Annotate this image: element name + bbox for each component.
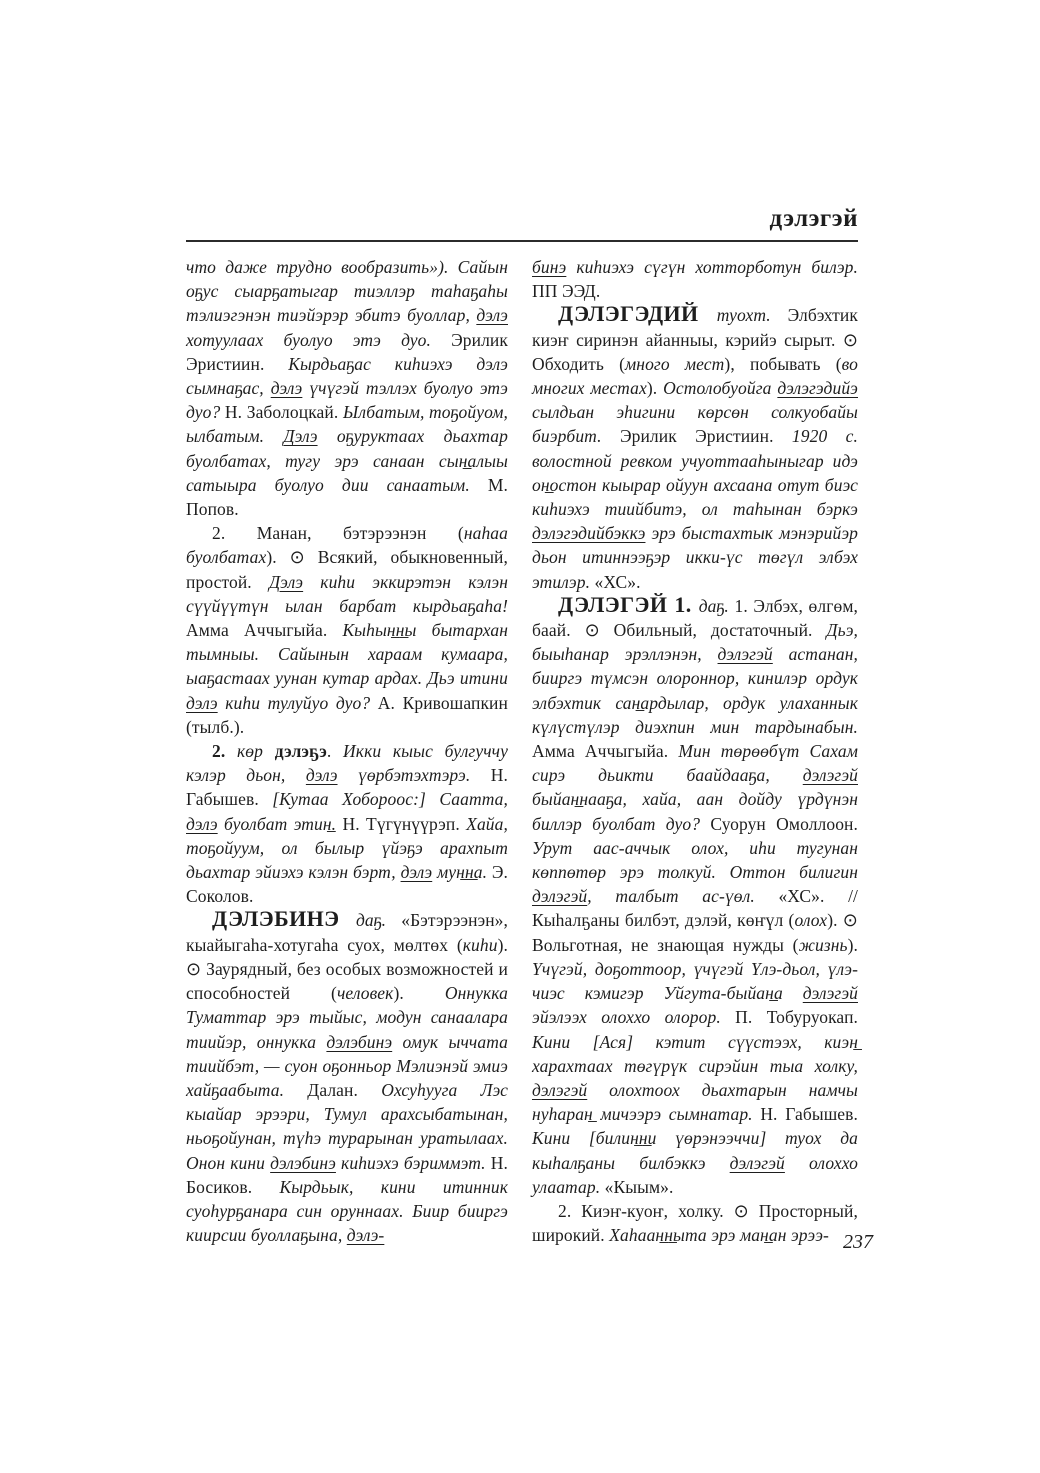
text-run: Суорун Омоллоон. bbox=[710, 814, 858, 834]
text-run: киһиэхэ бэриммэт. bbox=[336, 1153, 491, 1173]
underlined-term: дэлэгэй bbox=[532, 886, 587, 906]
text-run: Амма Аччыгыйа. bbox=[186, 620, 342, 640]
sense-marker-icon: ⊙ bbox=[843, 910, 858, 930]
underlined-term: дэлэгэй bbox=[718, 644, 773, 664]
text-run: киһи bbox=[463, 935, 498, 955]
sense-2: 2. Манан, бэтэрээнэн (наһаа буолбатах). … bbox=[186, 521, 508, 739]
text-run: көр bbox=[237, 741, 275, 761]
text-run: буолбат этин̲. bbox=[218, 814, 343, 834]
underlined-term: дэлэ bbox=[186, 814, 218, 834]
text-run: үөрбэтэхтэрэ. bbox=[338, 765, 491, 785]
underlined-term: Дэлэ bbox=[269, 572, 303, 592]
underlined-term: дэлэбинэ bbox=[270, 1153, 336, 1173]
sense-marker-icon: ⊙ bbox=[186, 959, 201, 979]
text-run: «ХС». bbox=[595, 572, 641, 592]
text-run: даҕ. bbox=[356, 910, 401, 930]
text-run: хотуулаах буолуо этэ дуо. bbox=[186, 330, 451, 350]
underlined-term: дэлэ bbox=[271, 378, 303, 398]
underlined-term: дэлэ bbox=[186, 693, 218, 713]
text-run: Вольготная, не знающая нужды ( bbox=[532, 935, 799, 955]
text-run: что даже трудно вообразить»). Сайын оҕус… bbox=[186, 257, 508, 325]
underlined-term: дэлэ bbox=[476, 305, 508, 325]
column-right: бинэ киһиэхэ сүгүн хотторботун билэр. ПП… bbox=[532, 255, 858, 1247]
text-run: человек bbox=[337, 983, 394, 1003]
text-run: ), побывать ( bbox=[724, 354, 841, 374]
text-run: ПП ЭЭД. bbox=[532, 281, 600, 301]
underlined-term: дэлэгэдийбэккэ bbox=[532, 523, 645, 543]
text-run: ). bbox=[266, 547, 289, 567]
text-run: Урут аас-аччык олох, иһи тугунан көппөтө… bbox=[532, 838, 858, 882]
headword: ДЭЛЭГЭДИЙ bbox=[558, 301, 717, 326]
text-run: 2. Манан, бэтэрээнэн ( bbox=[212, 523, 464, 543]
headword: ДЭЛЭГЭЙ 1. bbox=[558, 592, 699, 617]
underlined-term: Дэлэ bbox=[283, 426, 317, 446]
text-run: ). bbox=[647, 378, 663, 398]
text-run: Н. Түгүнүүрэп. bbox=[343, 814, 467, 834]
entry-dele-2: 2. көр дэлэҕэ. Икки кыыс булгуччу кэлэр … bbox=[186, 739, 508, 908]
text-run: ). bbox=[848, 935, 858, 955]
dictionary-page: дэлэгэй что даже трудно вообразить»). Са… bbox=[0, 0, 1040, 1473]
entry-delegedij: ДЭЛЭГЭДИЙ туохт. Элбэхтик киэҥ сиринэн а… bbox=[532, 303, 858, 593]
two-column-layout: что даже трудно вообразить»). Сайын оҕус… bbox=[186, 255, 858, 1247]
text-run: киһи тулуйуо дуо? bbox=[218, 693, 378, 713]
underlined-term: дэлэгэдийэ bbox=[777, 378, 858, 398]
text-run: даҕ. bbox=[699, 596, 735, 616]
text-block: дэлэгэй что даже трудно вообразить»). Са… bbox=[186, 206, 858, 1247]
text-run: киһиэхэ сүгүн хотторботун билэр. bbox=[566, 257, 858, 277]
entry-dele-continuation: что даже трудно вообразить»). Сайын оҕус… bbox=[186, 255, 508, 521]
headword: ДЭЛЭБИНЭ bbox=[212, 906, 356, 931]
text-run: эйэлээх олоххо олорор. bbox=[532, 1007, 735, 1027]
text-run: Н. Заболоцкай. bbox=[225, 402, 343, 422]
underlined-term: дэлэбинэ bbox=[326, 1032, 392, 1052]
text-run: 2. Киэҥ-куоҥ, холку. bbox=[558, 1201, 734, 1221]
text-run: олох bbox=[794, 910, 827, 930]
text-run: ). bbox=[827, 910, 843, 930]
text-run: [Кутаа Хобороос:] Саатта, bbox=[272, 789, 508, 809]
header-rule bbox=[186, 240, 858, 242]
underlined-term: дэлэгэй bbox=[532, 1080, 587, 1100]
text-run: Кини [Ася] кэтит сүүстээх, киэн̲ харахта… bbox=[532, 1032, 858, 1076]
text-run: жизнь bbox=[799, 935, 848, 955]
text-run: ). bbox=[498, 935, 508, 955]
sense-marker-icon: ⊙ bbox=[585, 620, 600, 640]
page-number: 237 bbox=[186, 1232, 873, 1252]
running-head: дэлэгэй bbox=[186, 206, 858, 240]
bold-run: дэлэҕэ bbox=[275, 741, 327, 761]
underlined-term: дэлэгэй bbox=[730, 1153, 785, 1173]
text-run: много мест bbox=[625, 354, 724, 374]
text-run: Н. Габышев. bbox=[760, 1104, 858, 1124]
text-run: . bbox=[327, 741, 343, 761]
text-run: Обильный, достаточный. bbox=[600, 620, 827, 640]
text-run: Обходить ( bbox=[532, 354, 625, 374]
text-run: Остолобуойга bbox=[663, 378, 777, 398]
text-run: ). bbox=[393, 983, 444, 1003]
entry-delebine: ДЭЛЭБИНЭ даҕ. «Бэтэрээнэн», кыайыгаһа-хо… bbox=[186, 908, 508, 1247]
column-left: что даже трудно вообразить»). Сайын оҕус… bbox=[186, 255, 508, 1247]
underlined-term: дэлэ bbox=[306, 765, 338, 785]
sense-marker-icon: ⊙ bbox=[290, 547, 305, 567]
entry-delegej: ДЭЛЭГЭЙ 1. даҕ. 1. Элбэх, өлгөм, баай. ⊙… bbox=[532, 594, 858, 1199]
text-run: туохт. bbox=[717, 305, 788, 325]
underlined-term: бинэ bbox=[532, 257, 566, 277]
underlined-term: дэлэ bbox=[401, 862, 433, 882]
text-run: «Кыым». bbox=[605, 1177, 674, 1197]
text-run: , талбыт ас-үөл. bbox=[587, 886, 778, 906]
sense-marker-icon: ⊙ bbox=[734, 1201, 749, 1221]
bold-run: 2. bbox=[212, 741, 237, 761]
text-run: Эрилик Эристиин. bbox=[620, 426, 792, 446]
text-run: П. Тобуруокап. bbox=[735, 1007, 858, 1027]
underlined-term: дэлэгэй bbox=[803, 765, 858, 785]
text-run: Далан. bbox=[307, 1080, 381, 1100]
sense-marker-icon: ⊙ bbox=[843, 330, 858, 350]
underlined-term: дэлэгэй bbox=[803, 983, 858, 1003]
entry-delebine-continuation: бинэ киһиэхэ сүгүн хотторботун билэр. ПП… bbox=[532, 255, 858, 303]
text-run: мун̲н̲а. bbox=[432, 862, 492, 882]
text-run: Амма Аччыгыйа. bbox=[532, 741, 678, 761]
